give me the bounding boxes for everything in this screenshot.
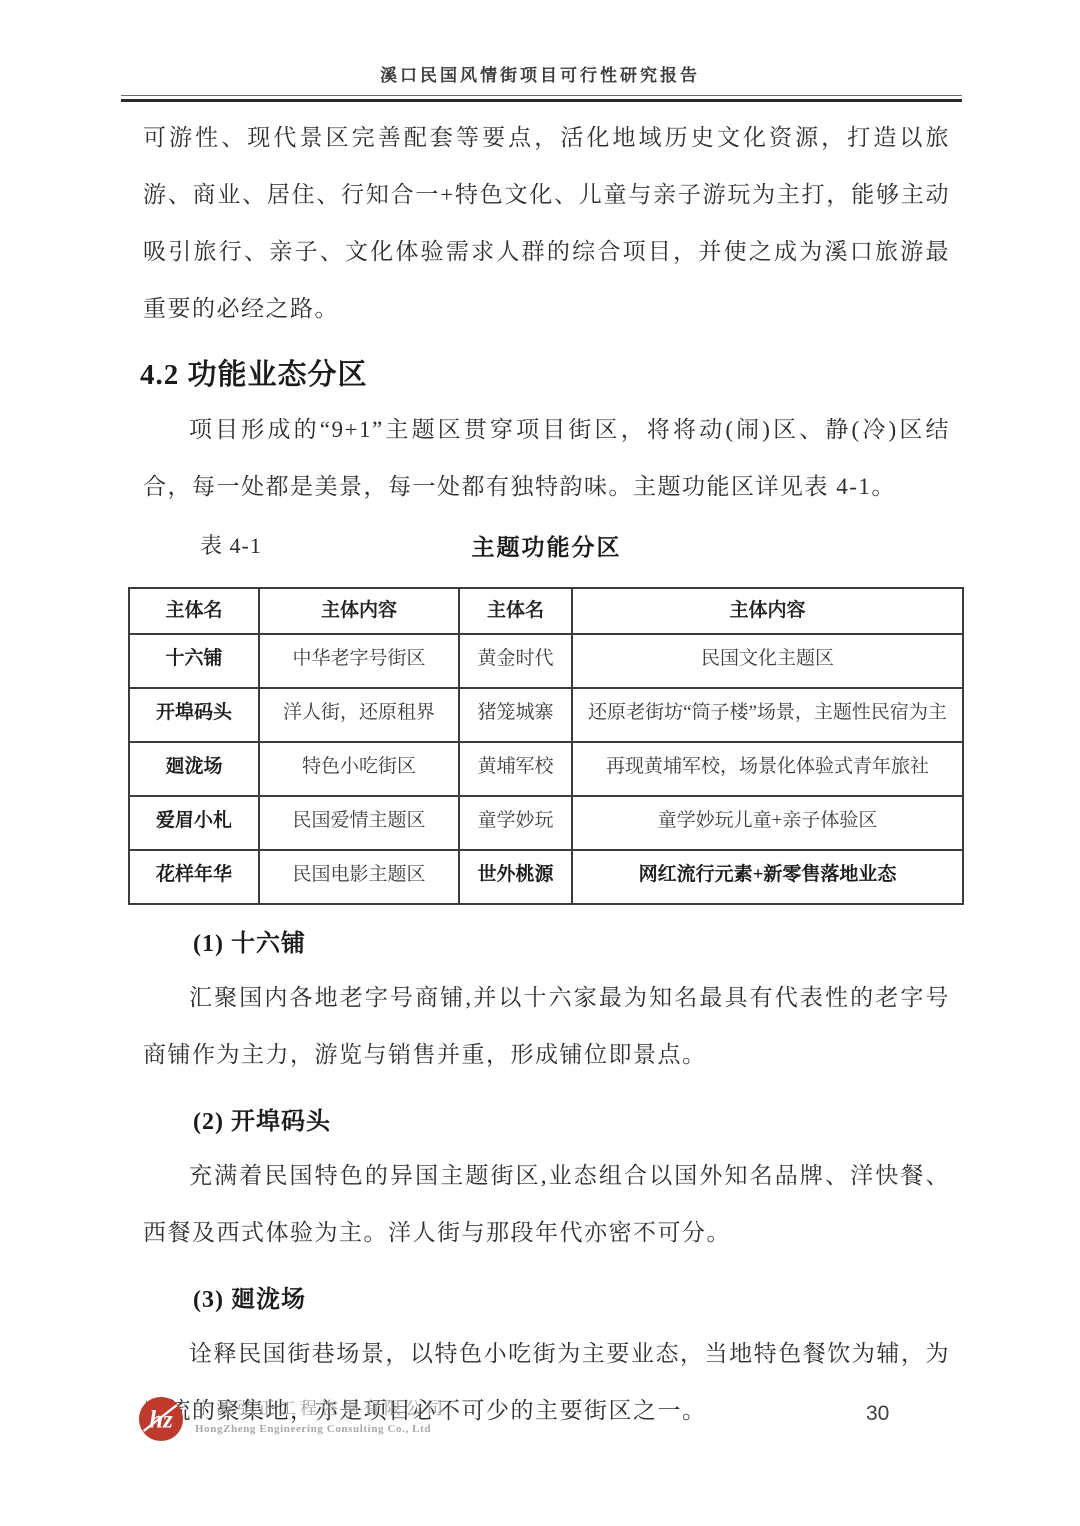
table-row: 十六铺中华老字号街区黄金时代民国文化主题区 (129, 634, 963, 688)
intro-paragraph: 可游性、现代景区完善配套等要点，活化地域历史文化资源，打造以旅游、商业、居住、行… (143, 109, 950, 337)
table-cell: 十六铺 (129, 634, 259, 688)
table-cell: 世外桃源 (459, 850, 572, 904)
hz-logo-icon: hz (138, 1396, 184, 1442)
table-caption: 表 4-1 主题功能分区 (143, 529, 950, 559)
table-cell: 开埠码头 (129, 688, 259, 742)
table-cell: 洋人街，还原租界 (259, 688, 459, 742)
running-header: 溪口民国风情街项目可行性研究报告 (0, 0, 1080, 102)
subsection-heading-3: (3) 廻泷场 (193, 1283, 950, 1317)
table-header-cell: 主体内容 (572, 588, 963, 634)
table-cell: 再现黄埔军校，场景化体验式青年旅社 (572, 742, 963, 796)
svg-text:hz: hz (149, 1407, 173, 1434)
company-name-cn: 宁波弘正工程咨询有限公司 (195, 1398, 447, 1420)
table-cell: 民国爱情主题区 (259, 796, 459, 850)
table-cell: 童学妙玩儿童+亲子体验区 (572, 796, 963, 850)
table-header-row: 主体名主体内容主体名主体内容 (129, 588, 963, 634)
page-number: 30 (866, 1402, 889, 1426)
section-paragraph: 项目形成的“9+1”主题区贯穿项目街区，将将动(闹)区、静(冷)区结合，每一处都… (143, 401, 950, 515)
table-cell: 廻泷场 (129, 742, 259, 796)
table-cell: 黄金时代 (459, 634, 572, 688)
table-row: 花样年华民国电影主题区世外桃源网红流行元素+新零售落地业态 (129, 850, 963, 904)
table-header-cell: 主体名 (129, 588, 259, 634)
table-cell: 童学妙玩 (459, 796, 572, 850)
table-cell: 黄埔军校 (459, 742, 572, 796)
table-cell: 中华老字号街区 (259, 634, 459, 688)
table-cell: 民国文化主题区 (572, 634, 963, 688)
table-cell: 爱眉小札 (129, 796, 259, 850)
table-header-cell: 主体内容 (259, 588, 459, 634)
table-cell: 特色小吃街区 (259, 742, 459, 796)
header-rule (121, 95, 962, 102)
table-row: 爱眉小札民国爱情主题区童学妙玩童学妙玩儿童+亲子体验区 (129, 796, 963, 850)
table-cell: 还原老街坊“筒子楼”场景，主题性民宿为主 (572, 688, 963, 742)
table-cell: 民国电影主题区 (259, 850, 459, 904)
document-body: 可游性、现代景区完善配套等要点，活化地域历史文化资源，打造以旅游、商业、居住、行… (143, 109, 950, 1439)
subsection-paragraph-1: 汇聚国内各地老字号商铺,并以十六家最为知名最具有代表性的老字号商铺作为主力，游览… (143, 969, 950, 1083)
table-cell: 花样年华 (129, 850, 259, 904)
report-title: 溪口民国风情街项目可行性研究报告 (0, 0, 1080, 88)
table-row: 廻泷场特色小吃街区黄埔军校再现黄埔军校，场景化体验式青年旅社 (129, 742, 963, 796)
footer-company-names: 宁波弘正工程咨询有限公司 HongZheng Engineering Consu… (195, 1396, 447, 1435)
theme-function-table: 主体名主体内容主体名主体内容 十六铺中华老字号街区黄金时代民国文化主题区开埠码头… (128, 587, 964, 905)
table-caption-title: 主题功能分区 (143, 529, 950, 562)
company-name-en: HongZheng Engineering Consulting Co., Lt… (195, 1423, 447, 1435)
table-body: 十六铺中华老字号街区黄金时代民国文化主题区开埠码头洋人街，还原租界猪笼城寨还原老… (129, 634, 963, 904)
table-cell: 网红流行元素+新零售落地业态 (572, 850, 963, 904)
footer-company: hz 宁波弘正工程咨询有限公司 HongZheng Engineering Co… (138, 1396, 447, 1442)
subsection-paragraph-2: 充满着民国特色的异国主题街区,业态组合以国外知名品牌、洋快餐、西餐及西式体验为主… (143, 1147, 950, 1261)
subsection-heading-1: (1) 十六铺 (193, 927, 950, 961)
table-row: 开埠码头洋人街，还原租界猪笼城寨还原老街坊“筒子楼”场景，主题性民宿为主 (129, 688, 963, 742)
table-cell: 猪笼城寨 (459, 688, 572, 742)
subsection-heading-2: (2) 开埠码头 (193, 1105, 950, 1139)
section-heading-4-2: 4.2 功能业态分区 (140, 355, 950, 395)
table-header-cell: 主体名 (459, 588, 572, 634)
document-page: 溪口民国风情街项目可行性研究报告 可游性、现代景区完善配套等要点，活化地域历史文… (0, 0, 1080, 1526)
